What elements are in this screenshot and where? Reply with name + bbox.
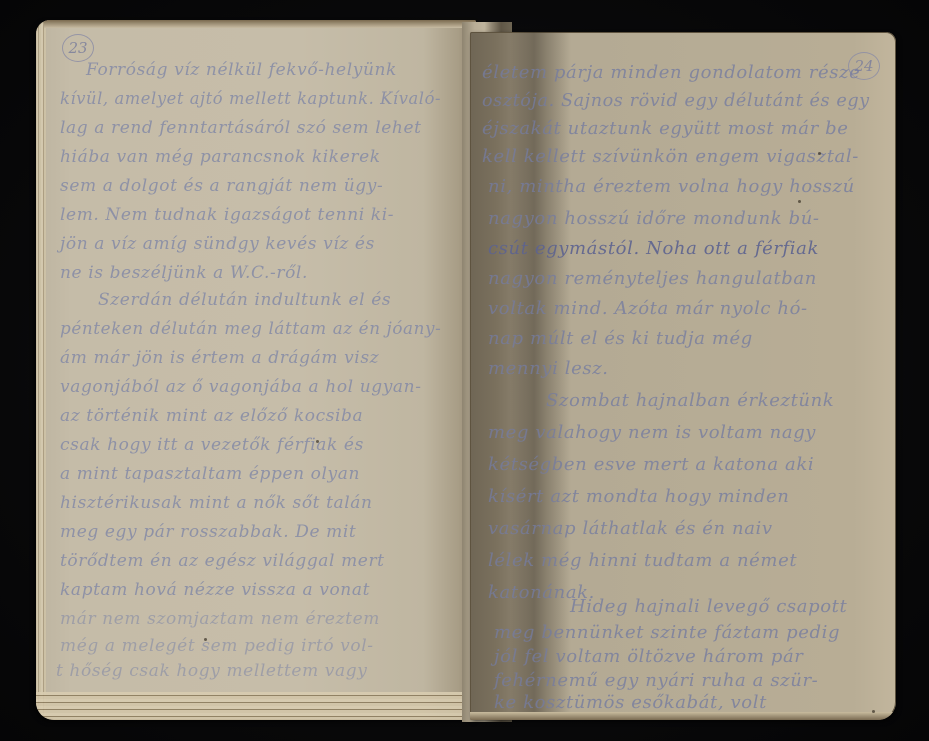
left-page-top-edge: [44, 20, 476, 28]
handwritten-line: mennyi lesz.: [488, 358, 609, 379]
handwritten-line: az történik mint az előző kocsiba: [60, 406, 363, 426]
handwritten-line: ám már jön is értem a drágám visz: [60, 348, 379, 368]
handwritten-line: voltak mind. Azóta már nyolc hó-: [488, 298, 808, 319]
paper-speck: [818, 152, 821, 155]
open-notebook: 23 Forróság víz nélkül fekvő-helyünk kív…: [0, 0, 929, 741]
handwritten-line: már nem szomjaztam nem éreztem: [60, 609, 380, 629]
handwritten-line: csak hogy itt a vezetők férfiak és: [60, 435, 364, 455]
handwritten-line: meg bennünket szinte fáztam pedig: [494, 622, 840, 643]
paper-speck: [872, 710, 875, 713]
handwritten-line: éjszakát utaztunk együtt most már be: [482, 118, 849, 139]
right-page: 24 életem párja minden gondolatom része …: [470, 32, 896, 720]
left-page: 23 Forróság víz nélkül fekvő-helyünk kív…: [36, 20, 476, 720]
handwritten-line: fehérnemű egy nyári ruha a szür-: [494, 670, 818, 691]
paper-speck: [798, 200, 801, 203]
handwritten-line: Hideg hajnali levegő csapott: [570, 596, 847, 617]
handwritten-line: meg valahogy nem is voltam nagy: [488, 422, 816, 443]
handwritten-line: sem a dolgot és a rangját nem ügy-: [60, 176, 383, 196]
handwritten-line: csút egymástól. Noha ott a férfiak: [488, 238, 819, 259]
handwritten-line: lag a rend fenntartásáról szó sem lehet: [60, 118, 422, 138]
handwritten-line: kaptam hová nézze vissza a vonat: [60, 580, 370, 600]
handwritten-line: Szerdán délután indultunk el és: [98, 290, 391, 310]
handwritten-line: osztója. Sajnos rövid egy délutánt és eg…: [482, 90, 870, 111]
handwritten-line: Forróság víz nélkül fekvő-helyünk: [86, 60, 397, 80]
handwritten-line: nagyon reményteljes hangulatban: [488, 268, 817, 289]
handwritten-line: meg egy pár rosszabbak. De mit: [60, 522, 356, 542]
handwritten-line: nagyon hosszú időre mondunk bú-: [488, 208, 820, 229]
handwritten-line: a mint tapasztaltam éppen olyan: [60, 464, 360, 484]
paper-speck: [316, 440, 319, 443]
handwritten-line: Szombat hajnalban érkeztünk: [546, 390, 834, 411]
handwritten-line: kell kellett szívünkön engem vigasztal-: [482, 146, 859, 167]
paper-speck: [204, 638, 207, 641]
handwritten-line: ne is beszéljünk a W.C.-ről.: [60, 263, 308, 283]
handwritten-line: pénteken délután meg láttam az én jóany-: [60, 319, 441, 339]
handwritten-line: ni, mintha éreztem volna hogy hosszú: [488, 176, 855, 197]
handwritten-line: hisztérikusak mint a nők sőt talán: [60, 493, 373, 513]
handwritten-line: ke kosztümös esőkabát, volt: [494, 692, 767, 713]
handwritten-line: lem. Nem tudnak igazságot tenni ki-: [60, 205, 394, 225]
handwritten-line: nap múlt el és ki tudja még: [488, 328, 753, 349]
handwritten-line: vasárnap láthatlak és én naiv: [488, 518, 773, 539]
handwritten-line: kétségben esve mert a katona aki: [488, 454, 814, 475]
handwritten-line: hiába van még parancsnok kikerek: [60, 147, 381, 167]
handwritten-line: jól fel voltam öltözve három pár: [494, 646, 804, 667]
handwritten-line: kívül, amelyet ajtó mellett kaptunk. Kív…: [60, 89, 441, 109]
left-page-stacked-edges: [36, 692, 476, 720]
handwritten-line: vagonjából az ő vagonjába a hol ugyan-: [60, 377, 422, 397]
handwritten-line: lélek még hinni tudtam a német: [488, 550, 797, 571]
handwritten-line: t hőség csak hogy mellettem vagy: [56, 661, 367, 681]
handwritten-line: még a melegét sem pedig irtó vol-: [60, 636, 374, 656]
handwritten-line: törődtem én az egész világgal mert: [60, 551, 385, 571]
right-page-bottom-edge: [470, 712, 896, 720]
handwritten-line: jön a víz amíg sündgy kevés víz és: [60, 234, 375, 254]
handwritten-line: kísért azt mondta hogy minden: [488, 486, 789, 507]
handwritten-line: életem párja minden gondolatom része: [482, 62, 860, 83]
page-number-left: 23: [62, 34, 94, 62]
